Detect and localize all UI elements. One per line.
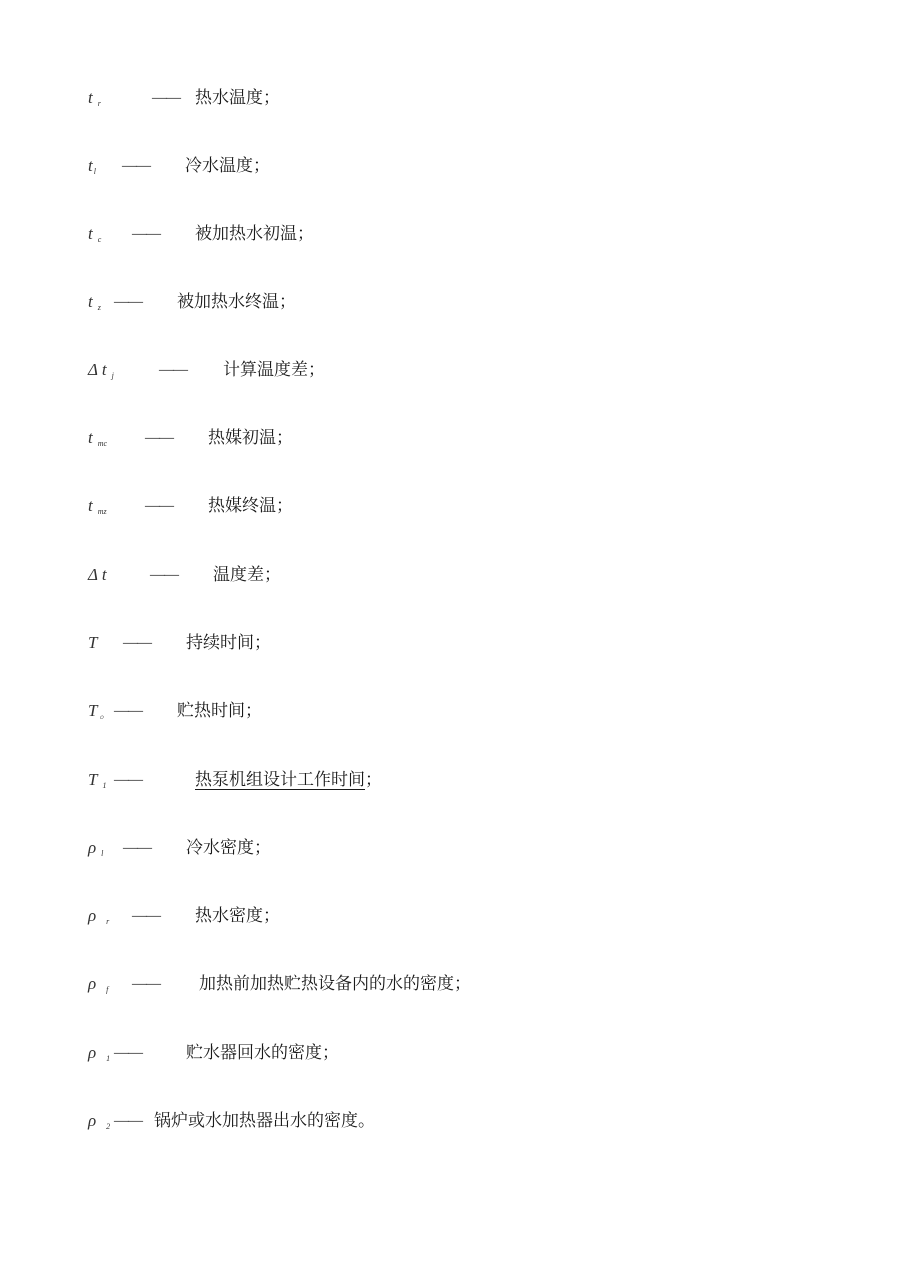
description: 冷水密度； (186, 833, 271, 863)
em-dash: —— (123, 833, 151, 863)
symbol: tc (88, 219, 101, 255)
symbol: T。 (88, 696, 111, 729)
description: 热媒初温； (208, 423, 293, 453)
symbol: tz (88, 287, 101, 323)
em-dash: —— (145, 423, 173, 453)
description: 热水温度； (195, 83, 280, 113)
description: 被加热水初温； (195, 219, 314, 249)
symbol: tmz (88, 491, 107, 527)
em-dash: —— (114, 765, 142, 795)
em-dash: —— (114, 1106, 142, 1136)
description: 热水密度； (195, 901, 280, 931)
em-dash: —— (122, 151, 150, 181)
description: 锅炉或水加热器出水的密度。 (154, 1106, 375, 1136)
em-dash: —— (152, 83, 180, 113)
symbol: Δ tj (88, 355, 114, 391)
symbol: Δ t (88, 560, 112, 596)
symbol: ρ2 (88, 1106, 110, 1142)
em-dash: —— (114, 1038, 142, 1068)
em-dash: —— (123, 628, 151, 658)
em-dash: —— (145, 491, 173, 521)
em-dash: —— (114, 696, 142, 726)
description: 贮热时间； (177, 696, 262, 726)
description: 持续时间； (186, 628, 271, 658)
symbol: ρr (88, 901, 109, 937)
description: 计算温度差； (223, 355, 325, 385)
em-dash: —— (132, 219, 160, 249)
em-dash: —— (159, 355, 187, 385)
symbol: ρl (88, 833, 103, 869)
symbol: T1 (88, 765, 106, 801)
symbol: tl (88, 151, 96, 187)
description: 温度差； (213, 560, 281, 590)
description: 贮水器回水的密度； (186, 1038, 339, 1068)
symbol: T (88, 628, 102, 664)
em-dash: —— (132, 901, 160, 931)
description: 加热前加热贮热设备内的水的密度； (199, 969, 471, 999)
em-dash: —— (114, 287, 142, 317)
em-dash: —— (132, 969, 160, 999)
symbol: ρ1 (88, 1038, 110, 1074)
symbol: ρf (88, 969, 108, 1005)
description: 被加热水终温； (177, 287, 296, 317)
description: 热媒终温； (208, 491, 293, 521)
em-dash: —— (150, 560, 178, 590)
description: 热泵机组设计工作时间； (195, 765, 382, 795)
underlined-term: 热泵机组设计工作时间 (195, 770, 365, 790)
symbol: tmc (88, 423, 107, 459)
description: 冷水温度； (185, 151, 270, 181)
symbol: tr (88, 83, 101, 119)
